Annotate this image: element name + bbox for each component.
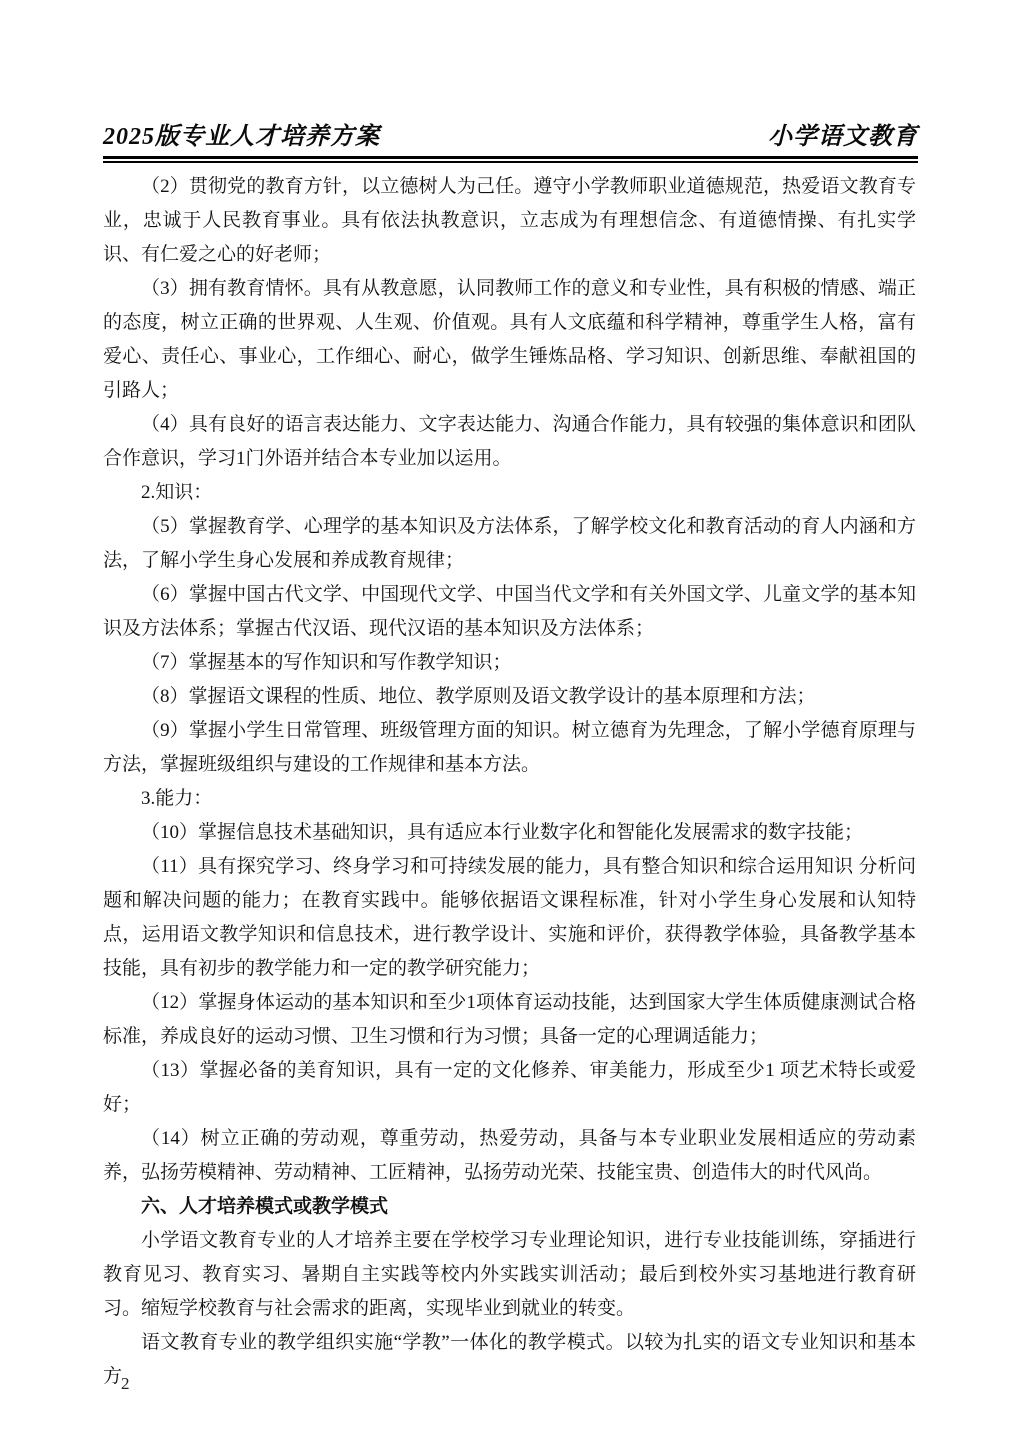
paragraph: （9）掌握小学生日常管理、班级管理方面的知识。树立德育为先理念，了解小学德育原理…: [103, 714, 916, 782]
list-label-knowledge: 2.知识：: [103, 476, 916, 510]
header-left-title: 2025版专业人才培养方案: [103, 116, 380, 151]
section-heading: 六、人才培养模式或教学模式: [103, 1190, 916, 1224]
paragraph: （6）掌握中国古代文学、中国现代文学、中国当代文学和有关外国文学、儿童文学的基本…: [103, 578, 916, 646]
paragraph: （10）掌握信息技术基础知识，具有适应本行业数字化和智能化发展需求的数字技能；: [103, 816, 916, 850]
paragraph: 语文教育专业的教学组织实施“学教”一体化的教学模式。以较为扎实的语文专业知识和基…: [103, 1326, 916, 1394]
page-number: 2: [121, 1374, 130, 1394]
header-divider-rule: [103, 156, 918, 163]
page-header: 2025版专业人才培养方案 小学语文教育: [103, 116, 918, 163]
paragraph: （12）掌握身体运动的基本知识和至少1项体育运动技能，达到国家大学生体质健康测试…: [103, 986, 916, 1054]
paragraph: （3）拥有教育情怀。具有从教意愿，认同教师工作的意义和专业性，具有积极的情感、端…: [103, 272, 916, 408]
paragraph: （11）具有探究学习、终身学习和可持续发展的能力，具有整合知识和综合运用知识 分…: [103, 850, 916, 986]
paragraph: 小学语文教育专业的人才培养主要在学校学习专业理论知识，进行专业技能训练，穿插进行…: [103, 1224, 916, 1326]
page-header-row: 2025版专业人才培养方案 小学语文教育: [103, 116, 918, 151]
list-label-ability: 3.能力：: [103, 782, 916, 816]
paragraph: （2）贯彻党的教育方针，以立德树人为己任。遵守小学教师职业道德规范，热爱语文教育…: [103, 170, 916, 272]
document-body: （2）贯彻党的教育方针，以立德树人为己任。遵守小学教师职业道德规范，热爱语文教育…: [103, 170, 916, 1394]
paragraph: （7）掌握基本的写作知识和写作教学知识；: [103, 646, 916, 680]
paragraph: （8）掌握语文课程的性质、地位、教学原则及语文教学设计的基本原理和方法；: [103, 680, 916, 714]
paragraph: （13）掌握必备的美育知识，具有一定的文化修养、审美能力，形成至少1 项艺术特长…: [103, 1054, 916, 1122]
paragraph: （5）掌握教育学、心理学的基本知识及方法体系，了解学校文化和教育活动的育人内涵和…: [103, 510, 916, 578]
paragraph: （4）具有良好的语言表达能力、文字表达能力、沟通合作能力，具有较强的集体意识和团…: [103, 408, 916, 476]
header-right-title: 小学语文教育: [768, 116, 918, 151]
document-page: 2025版专业人才培养方案 小学语文教育 （2）贯彻党的教育方针，以立德树人为己…: [0, 0, 1024, 1448]
paragraph: （14）树立正确的劳动观，尊重劳动，热爱劳动，具备与本专业职业发展相适应的劳动素…: [103, 1122, 916, 1190]
